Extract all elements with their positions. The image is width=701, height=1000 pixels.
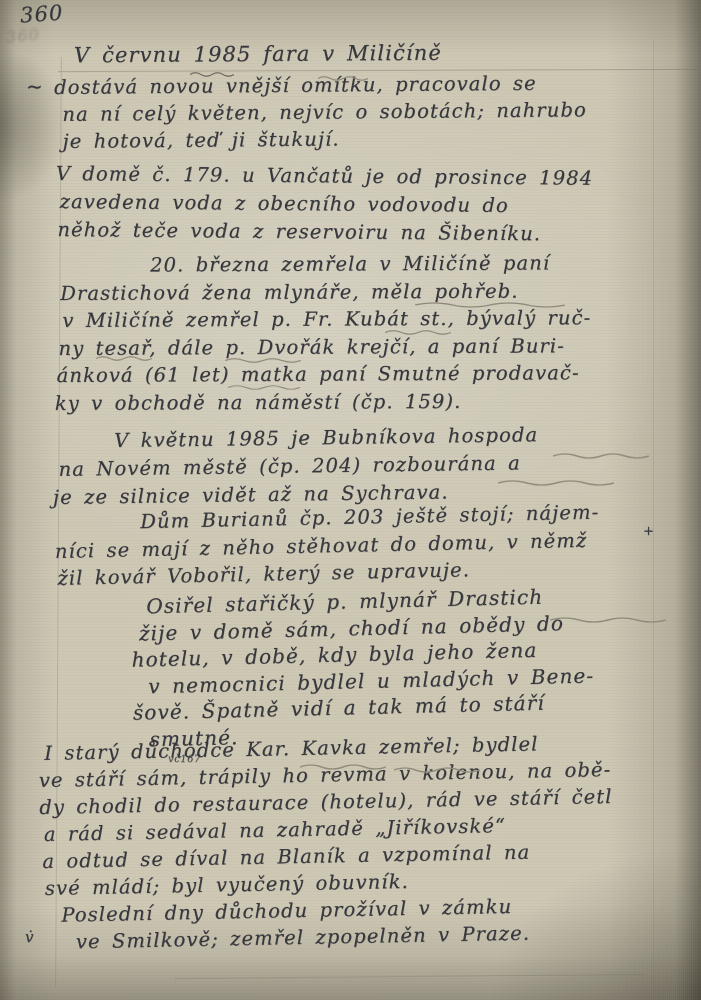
page-number: 360: [19, 1, 64, 28]
margin-dash-mark: ~: [26, 74, 44, 98]
paragraph-2: V domě č. 179. u Vančatů je od prosince …: [55, 160, 593, 249]
handwritten-line: něhož teče voda z reservoiru na Šibeníku…: [57, 216, 593, 249]
handwritten-line: ánková (61 let) matka paní Smutné prodav…: [57, 359, 592, 389]
handwritten-line: v Miličíně zemřel p. Fr. Kubát st., býva…: [62, 304, 591, 334]
handwritten-line: 20. března zemřela v Miličíně paní: [150, 249, 591, 279]
paragraph-7: I starý důchodce Kar. Kavka zemřel; bydl…: [38, 729, 615, 956]
handwritten-line: je hotová, teď ji štukují.: [62, 123, 587, 155]
bottom-rule-line: [175, 974, 645, 979]
handwritten-line: ky v obchodě na náměstí (čp. 159).: [55, 387, 592, 417]
paragraph-1: dostává novou vnější omítku, pracovalo s…: [48, 69, 587, 155]
page-number-smudge: 360: [5, 24, 41, 46]
paragraph-3: 20. března zemřela v Miličíně paní Drast…: [54, 249, 592, 417]
heading-line: V červnu 1985 fara v Miličíně: [74, 41, 442, 68]
plus-insert-mark: +: [643, 524, 655, 539]
paragraph-6: Osiřel stařičký p. mlynář Drastich žije …: [118, 582, 596, 753]
paragraph-4: V květnu 1985 je Bubníkova hospoda na No…: [50, 421, 539, 512]
wavy-underline: [553, 452, 649, 460]
scanned-page: 360 360 V červnu 1985 fara v Miličíně ~ …: [0, 0, 701, 1000]
handwritten-line: Drastichová žena mlynáře, měla pohřeb.: [60, 277, 591, 307]
margin-caret-mark: v̇: [25, 928, 35, 946]
handwritten-line: ny tesař, dále p. Dvořák krejčí, a paní …: [58, 332, 591, 362]
paragraph-5: Dům Burianů čp. 203 ještě stojí; nájem- …: [52, 499, 601, 593]
right-crease-line: [653, 40, 654, 1000]
